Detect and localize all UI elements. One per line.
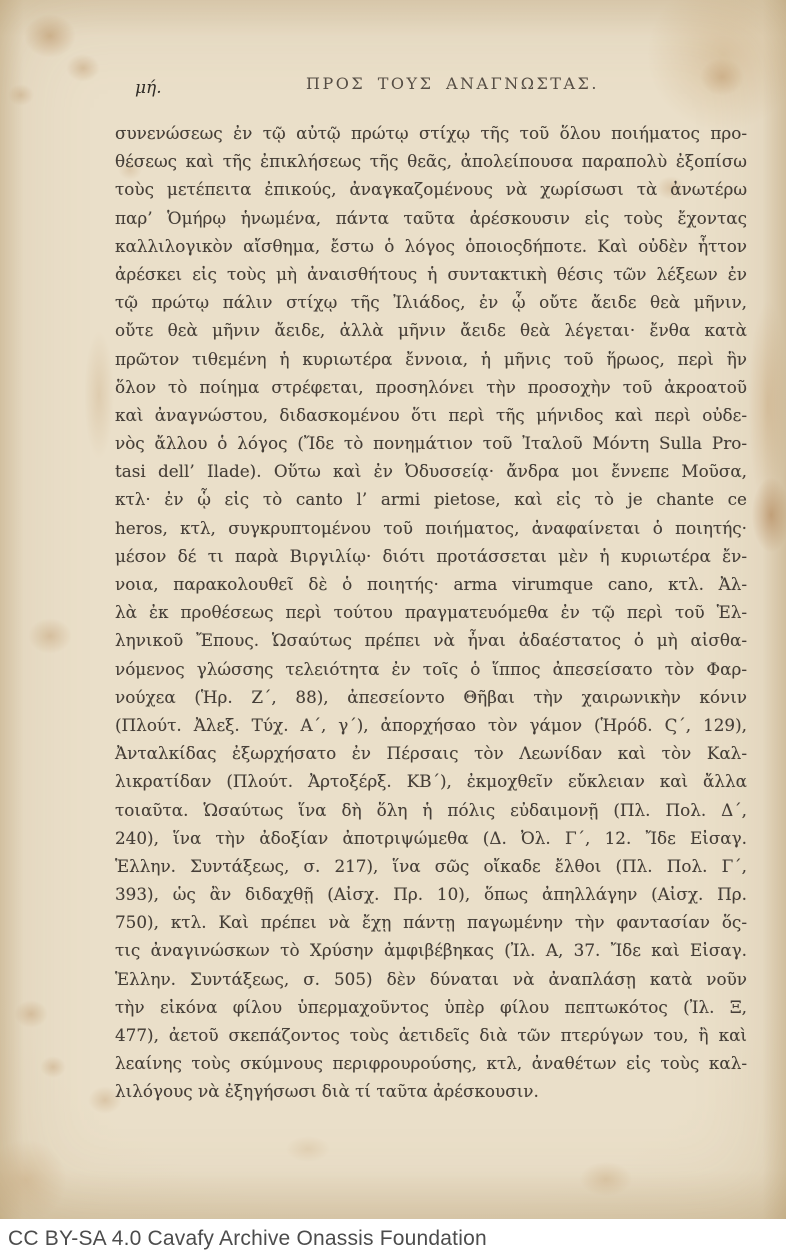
text-line: λὰ ἐκ προθέσεως περὶ τούτου πραγματευόμε… xyxy=(115,598,747,626)
text-line: λεαίνης τοὺς σκύμνους περιφρουρούσης, κτ… xyxy=(115,1049,747,1077)
text-line: νούχεα (Ἡρ. Ζ΄, 88), ἀπεσείοντο Θῆβαι τὴ… xyxy=(115,683,747,711)
text-line: οὔτε θεὰ μῆνιν ἄειδε, ἀλλὰ μῆνιν ἄειδε θ… xyxy=(115,316,747,344)
text-line: καλλιλογικὸν αἴσθημα, ἔστω ὁ λόγος ὁποιο… xyxy=(115,232,747,260)
foxing-stain xyxy=(8,84,34,106)
license-text: CC BY-SA 4.0 Cavafy Archive Onassis Foun… xyxy=(8,1227,487,1251)
text-line: νοια, παρακολουθεῖ δὲ ὁ ποιητής· arma vi… xyxy=(115,570,747,598)
page-number-greek-numeral: μή. xyxy=(135,78,162,98)
foxing-stain xyxy=(40,1056,66,1078)
text-line: μέσον δέ τι παρὰ Βιργιλίῳ· διότι προτάσσ… xyxy=(115,542,747,570)
foxing-stain xyxy=(14,1000,48,1028)
text-line: Ἀνταλκίδας ἐξωρχήσατο ἐν Πέρσαις τὸν Λεω… xyxy=(115,739,747,767)
text-line: τοιαῦτα. Ὡσαύτως ἵνα δὴ ὅλη ἡ πόλις εὐδα… xyxy=(115,796,747,824)
foxing-stain xyxy=(286,1136,330,1162)
foxing-stain xyxy=(648,0,786,130)
text-line: θέσεως καὶ τῆς ἐπικλήσεως τῆς θεᾶς, ἀπολ… xyxy=(115,147,747,175)
text-line: 477), ἀετοῦ σκεπάζοντος τοὺς ἀετιδεῖς δι… xyxy=(115,1021,747,1049)
text-line: τὴν εἰκόνα φίλου ὑπερμαχοῦντος ὑπὲρ φίλο… xyxy=(115,993,747,1021)
foxing-stain xyxy=(84,330,114,460)
foxing-stain xyxy=(66,54,100,82)
foxing-stain xyxy=(700,58,744,96)
text-line: 393), ὡς ἂν διδαχθῇ (Αἰσχ. Πρ. 10), ὅπως… xyxy=(115,880,747,908)
text-line: τῷ πρώτῳ πάλιν στίχῳ τῆς Ἰλιάδος, ἐν ᾧ ο… xyxy=(115,288,747,316)
text-line: νὸς ἄλλου ὁ λόγος (Ἴδε τὸ πονημάτιον τοῦ… xyxy=(115,429,747,457)
text-line: tasi dell’ Ilade). Οὕτω καὶ ἐν Ὀδυσσείᾳ·… xyxy=(115,457,747,485)
foxing-stain xyxy=(580,1162,632,1196)
text-line: λιλόγους νὰ ἐξηγήσωσι διὰ τί ταῦτα ἀρέσκ… xyxy=(115,1077,747,1105)
license-bar: CC BY-SA 4.0 Cavafy Archive Onassis Foun… xyxy=(0,1219,786,1258)
foxing-stain xyxy=(0,1140,66,1220)
text-line: παρ’ Ὁμήρῳ ἡνωμένα, πάντα ταῦτα ἀρέσκουσ… xyxy=(115,204,747,232)
text-line: νόμενος γλώσσης τελειότητα ἐν τοῖς ὁ ἵππ… xyxy=(115,655,747,683)
body-text: συνενώσεως ἐν τῷ αὐτῷ πρώτῳ στίχῳ τῆς το… xyxy=(115,119,747,1106)
foxing-stain xyxy=(28,618,72,654)
text-line: ὅλον τὸ ποίημα στρέφεται, προσηλόνει τὴν… xyxy=(115,373,747,401)
text-line: τοὺς μετέπειτα ἐπικούς, ἀναγκαζομένους ν… xyxy=(115,175,747,203)
text-line: καὶ ἀναγνώστου, διδασκομένου ὅτι περὶ τῆ… xyxy=(115,401,747,429)
running-title: ΠΡΟΣ ΤΟΥΣ ΑΝΑΓΝΩΣΤΑΣ. xyxy=(306,74,599,93)
text-line: ἀρέσκει εἰς τοὺς μὴ ἀναισθήτους ἡ συντακ… xyxy=(115,260,747,288)
text-line: πρῶτον τιθεμένη ἡ κυριωτέρα ἔννοια, ἡ μῆ… xyxy=(115,345,747,373)
text-line: 750), κτλ. Καὶ πρέπει νὰ ἔχῃ πάντῃ παγωμ… xyxy=(115,908,747,936)
text-line: (Πλούτ. Ἀλεξ. Τύχ. Α΄, γ΄), ἀπορχήσαο τὸ… xyxy=(115,711,747,739)
scanned-book-page: μή. ΠΡΟΣ ΤΟΥΣ ΑΝΑΓΝΩΣΤΑΣ. συνενώσεως ἐν … xyxy=(0,0,786,1258)
text-line: συνενώσεως ἐν τῷ αὐτῷ πρώτῳ στίχῳ τῆς το… xyxy=(115,119,747,147)
text-line: κτλ· ἐν ᾧ εἰς τὸ canto l’ armi pietose, … xyxy=(115,485,747,513)
text-line: Ἑλλην. Συντάξεως, σ. 217), ἵνα σῶς οἴκαδ… xyxy=(115,852,747,880)
foxing-stain xyxy=(748,300,786,510)
text-line: heros, κτλ, συγκρυπτομένου τοῦ ποιήματος… xyxy=(115,514,747,542)
foxing-stain xyxy=(752,478,786,552)
text-line: τις ἀναγινώσκων τὸ Χρύσην ἀμφιβέβηκας (Ἰ… xyxy=(115,936,747,964)
text-line: ληνικοῦ Ἔπους. Ὡσαύτως πρέπει νὰ ἦναι ἀδ… xyxy=(115,626,747,654)
text-line: Ἑλλην. Συντάξεως, σ. 505) δὲν δύναται νὰ… xyxy=(115,965,747,993)
foxing-stain xyxy=(24,14,76,58)
text-line: λικρατίδαν (Πλούτ. Ἀρτοξέρξ. ΚΒ΄), ἐκμοχ… xyxy=(115,767,747,795)
paper-background: μή. ΠΡΟΣ ΤΟΥΣ ΑΝΑΓΝΩΣΤΑΣ. συνενώσεως ἐν … xyxy=(0,0,786,1219)
text-line: 240), ἵνα τὴν ἀδοξίαν ἀποτριψώμεθα (Δ. Ὀ… xyxy=(115,824,747,852)
